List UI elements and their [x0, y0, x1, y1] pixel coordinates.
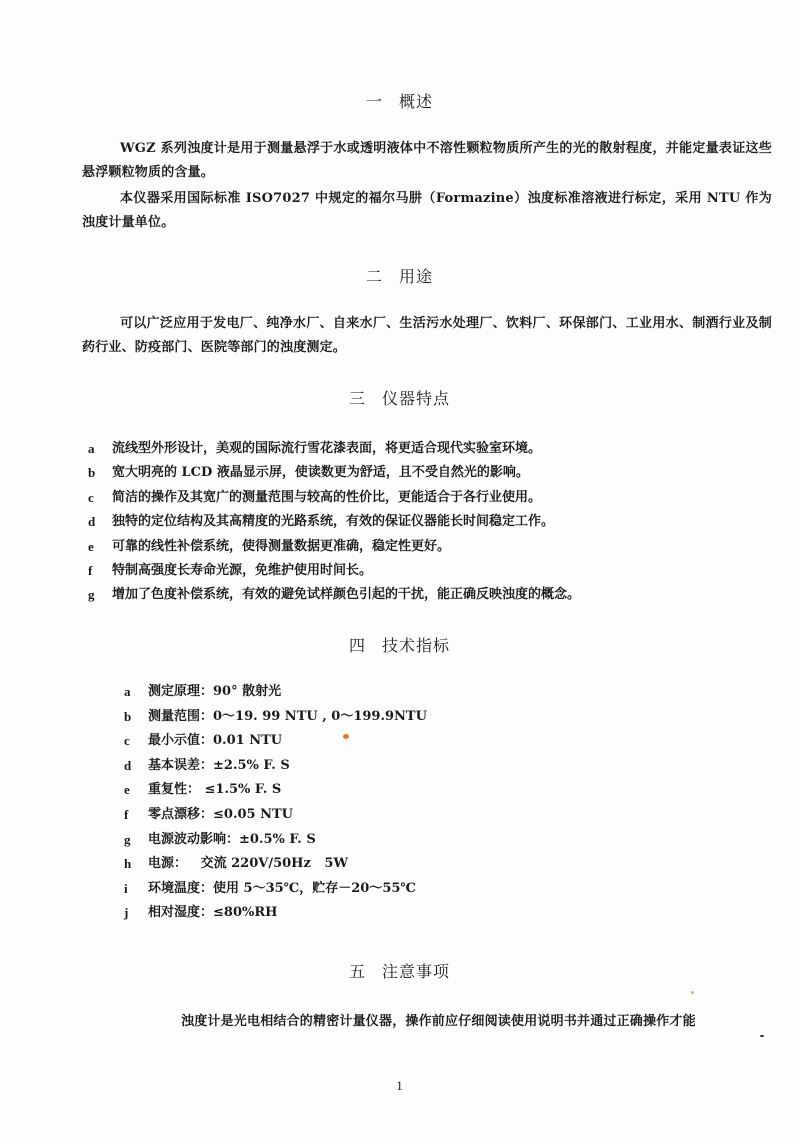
item-text: 测量范围：0～19. 99 NTU , 0～199.9NTU	[148, 705, 427, 730]
page-number: 1	[0, 1078, 799, 1094]
item-letter: i	[124, 877, 128, 902]
scan-speck	[760, 1035, 764, 1037]
item-text: 最小示值：0.01 NTU	[148, 729, 282, 754]
item-letter: d	[88, 510, 95, 534]
item-text: 电源： 交流 220V/50Hz 5W	[148, 852, 348, 877]
item-letter: b	[124, 705, 131, 730]
section-title: 技术指标	[382, 636, 450, 655]
usage-paragraph: 可以广泛应用于发电厂、纯净水厂、自来水厂、生活污水处理厂、饮料厂、环保部门、工业…	[82, 312, 772, 360]
item-letter: d	[124, 754, 131, 779]
scan-speck	[343, 734, 349, 739]
item-letter: g	[88, 583, 95, 607]
item-text: 独特的定位结构及其高精度的光路系统，有效的保证仪器能长时间稳定工作。	[112, 510, 554, 534]
item-text: 电源波动影响：±0.5% F. S	[148, 828, 316, 853]
section-number: 二	[366, 267, 383, 286]
item-text: 流线型外形设计，美观的国际流行雪花漆表面，将更适合现代实验室环境。	[112, 437, 541, 461]
item-text: 相对湿度：≤80%RH	[148, 901, 277, 926]
item-text: 简洁的操作及其宽广的测量范围与较高的性价比，更能适合于各行业使用。	[112, 486, 541, 510]
item-letter: f	[124, 803, 128, 828]
item-letter: c	[124, 729, 130, 754]
section-number: 三	[349, 389, 366, 408]
item-letter: e	[124, 778, 130, 803]
item-text: 可靠的线性补偿系统，使得测量数据更准确，稳定性更好。	[112, 535, 450, 559]
document-page: 一概述 WGZ 系列浊度计是用于测量悬浮于水或透明液体中不溶性颗粒物质所产生的光…	[0, 0, 799, 1142]
item-text: 宽大明亮的 LCD 液晶显示屏，使读数更为舒适，且不受自然光的影响。	[112, 461, 529, 485]
item-text: 测定原理：90° 散射光	[148, 680, 281, 705]
item-text: 基本误差：±2.5% F. S	[148, 754, 290, 779]
item-text: 增加了色度补偿系统，有效的避免试样颜色引起的干扰，能正确反映浊度的概念。	[112, 583, 580, 607]
scan-speck	[691, 991, 694, 994]
section-heading-usage: 二用途	[0, 264, 799, 287]
item-text: 零点漂移：≤0.05 NTU	[148, 803, 293, 828]
section-heading-precautions: 五注意事项	[0, 959, 799, 982]
item-letter: c	[88, 486, 94, 510]
item-letter: h	[124, 852, 131, 877]
overview-paragraph-2: 本仪器采用国际标准 ISO7027 中规定的福尔马肼（Formazine）浊度标…	[82, 187, 772, 235]
section-title: 注意事项	[382, 962, 450, 981]
item-letter: g	[124, 828, 131, 853]
section-title: 概述	[399, 92, 433, 111]
section-number: 一	[366, 92, 383, 111]
item-text: 重复性： ≤1.5% F. S	[148, 778, 281, 803]
section-heading-features: 三仪器特点	[0, 386, 799, 409]
item-letter: a	[124, 680, 131, 705]
section-title: 用途	[399, 267, 433, 286]
section-heading-specifications: 四技术指标	[0, 633, 799, 656]
item-text: 环境温度：使用 5～35℃，贮存－20～55℃	[148, 877, 416, 902]
item-text: 特制高强度长寿命光源，免维护使用时间长。	[112, 559, 372, 583]
item-letter: a	[88, 437, 95, 461]
section-title: 仪器特点	[382, 389, 450, 408]
item-letter: b	[88, 461, 95, 485]
item-letter: e	[88, 535, 94, 559]
item-letter: f	[88, 559, 92, 583]
section-heading-overview: 一概述	[0, 89, 799, 112]
section-number: 五	[349, 962, 366, 981]
item-letter: j	[124, 901, 128, 926]
precautions-paragraph: 浊度计是光电相结合的精密计量仪器，操作前应仔细阅读使用说明书并通过正确操作才能	[143, 1010, 783, 1034]
section-number: 四	[349, 636, 366, 655]
overview-paragraph-1: WGZ 系列浊度计是用于测量悬浮于水或透明液体中不溶性颗粒物质所产生的光的散射程…	[82, 137, 772, 185]
